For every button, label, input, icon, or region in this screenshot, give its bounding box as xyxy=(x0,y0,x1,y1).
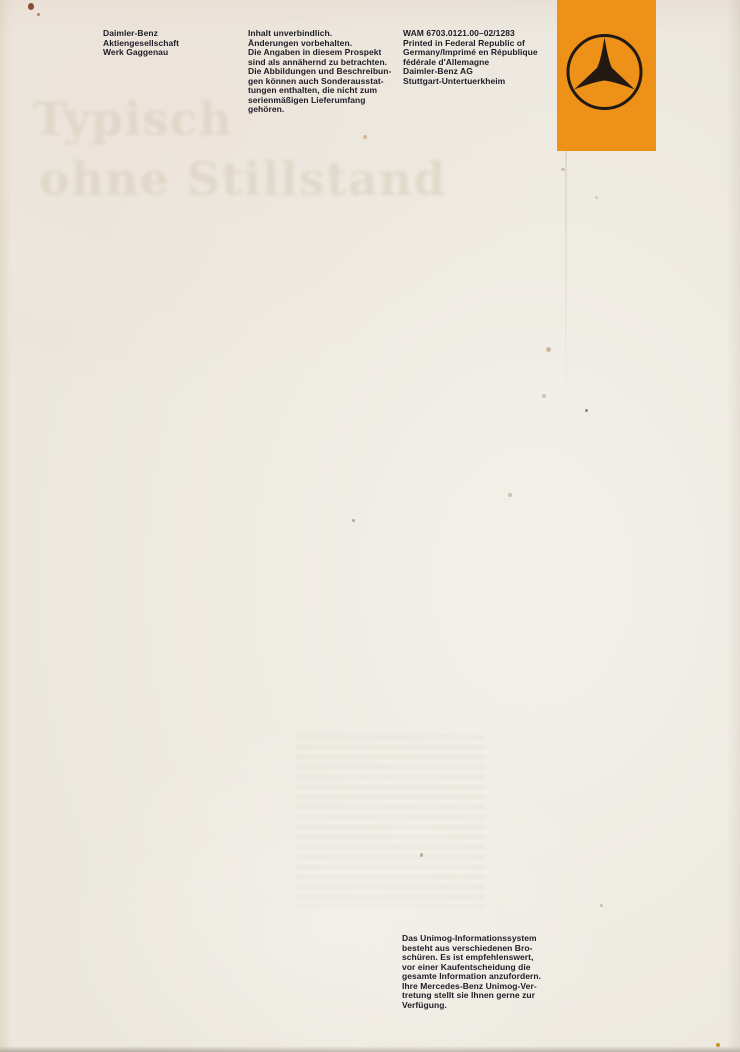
paper-speck xyxy=(363,135,367,139)
mercedes-star-icon xyxy=(557,0,656,151)
paper-speck xyxy=(542,394,546,398)
paper-speck xyxy=(600,904,603,907)
ghost-headline-line2: ohne Stillstand xyxy=(39,152,446,206)
paper-speck xyxy=(508,493,512,497)
ghost-headline-line1: Typisch xyxy=(33,92,233,146)
publisher-block: Daimler-Benz Aktiengesellschaft Werk Gag… xyxy=(103,29,179,58)
paper-speck xyxy=(716,1043,720,1047)
brand-color-block xyxy=(557,0,656,151)
print-info-block: WAM 6703.0121.00–02/1283 Printed in Fede… xyxy=(403,29,538,86)
ghost-paragraph-showthrough xyxy=(295,735,485,907)
paper-speck xyxy=(352,519,355,522)
paper-speck xyxy=(546,347,551,352)
paper-crease xyxy=(565,150,567,420)
disclaimer-block: Inhalt unverbindlich. Änderungen vorbeha… xyxy=(248,29,391,115)
paper-speck xyxy=(420,853,423,857)
paper-speck xyxy=(595,196,598,199)
info-system-block: Das Unimog-Informationssystem besteht au… xyxy=(402,934,541,1010)
paper-speck xyxy=(561,168,565,171)
paper-speck xyxy=(37,13,40,16)
brochure-back-cover: Typisch ohne Stillstand Daimler-Benz Akt… xyxy=(0,0,740,1052)
paper-speck xyxy=(28,3,34,10)
paper-speck xyxy=(585,409,588,412)
